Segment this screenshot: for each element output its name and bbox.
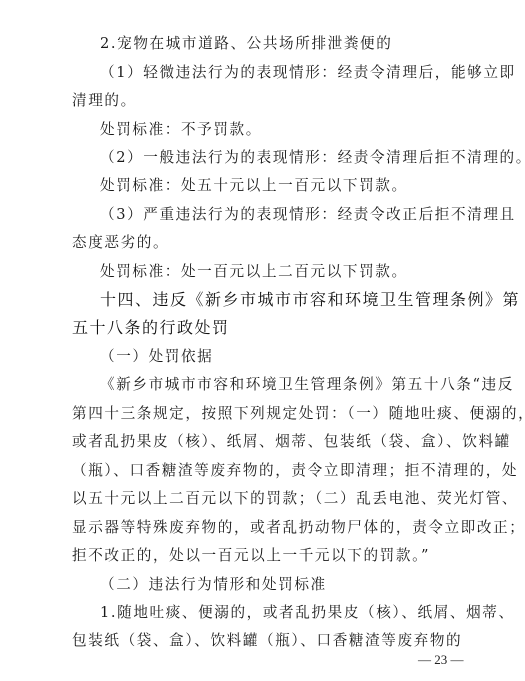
paragraph-line: （3）严重违法行为的表现情形：经责令改正后拒不清理且 [100, 205, 490, 225]
section-heading: 十四、违反《新乡市城市市容和环境卫生管理条例》第 [100, 290, 490, 310]
paragraph-line: 处罚标准：不予罚款。 [100, 120, 490, 140]
basis-line: （瓶）、口香糖渣等废弃物的，责令立即清理；拒不清理的，处 [72, 461, 462, 481]
basis-line: 拒不改正的，处以一百元以上一千元以下的罚款。” [72, 546, 462, 566]
document-page: 2.宠物在城市道路、公共场所排泄粪便的 （1）轻微违法行为的表现情形：经责令清理… [0, 0, 525, 681]
basis-line: 或者乱扔果皮（核）、纸屑、烟蒂、包装纸（袋、盒）、饮料罐 [72, 432, 462, 452]
paragraph-line: 处罚标准：处一百元以上二百元以下罚款。 [100, 262, 490, 282]
item-line: 1.随地吐痰、便溺的，或者乱扔果皮（核）、纸屑、烟蒂、 [100, 603, 490, 623]
subsection-title: （二）违法行为情形和处罚标准 [100, 575, 490, 595]
basis-line: 以五十元以上二百元以下的罚款；（二）乱丢电池、荧光灯管、 [72, 489, 462, 509]
paragraph-line: （1）轻微违法行为的表现情形：经责令清理后，能够立即 [100, 63, 490, 83]
basis-line: 第四十三条规定，按照下列规定处罚：（一）随地吐痰、便溺的， [72, 404, 462, 424]
paragraph-line: 清理的。 [72, 91, 462, 111]
basis-line: 显示器等特殊废弃物的，或者乱扔动物尸体的，责令立即改正； [72, 518, 462, 538]
subsection-title: （一）处罚依据 [100, 347, 490, 367]
paragraph-line: 处罚标准：处五十元以上一百元以下罚款。 [100, 176, 490, 196]
section-heading-continued: 五十八条的行政处罚 [72, 318, 462, 338]
item-line: 包装纸（袋、盒）、饮料罐（瓶）、口香糖渣等废弃物的 [72, 631, 462, 651]
paragraph-line: 态度恶劣的。 [72, 233, 462, 253]
page-number: — 23 — [418, 652, 464, 668]
basis-line: 《新乡市城市市容和环境卫生管理条例》第五十八条“违反 [100, 375, 490, 395]
paragraph-line: 2.宠物在城市道路、公共场所排泄粪便的 [100, 34, 490, 54]
paragraph-line: （2）一般违法行为的表现情形：经责令清理后拒不清理的。 [100, 148, 490, 168]
